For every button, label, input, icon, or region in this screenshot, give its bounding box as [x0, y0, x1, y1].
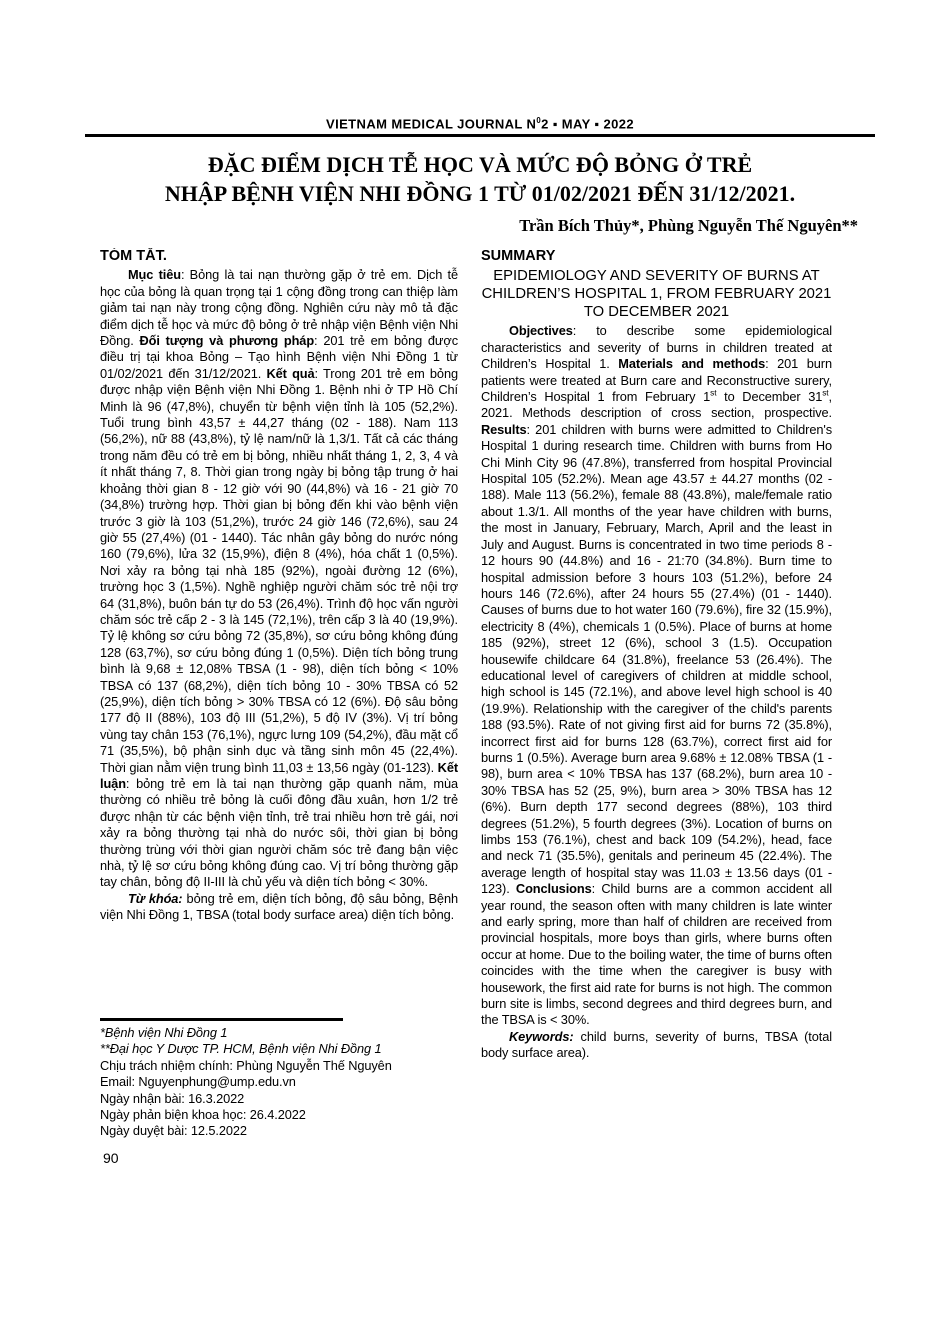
reviewed-date-line: Ngày phản biện khoa học: 26.4.2022 — [100, 1107, 458, 1123]
abstract-paragraph: Mục tiêu: Bỏng là tai nạn thường gặp ở t… — [100, 267, 458, 890]
footnote-divider — [100, 1018, 343, 1021]
page-number: 90 — [103, 1150, 119, 1166]
authors-line: Trần Bích Thủy*, Phùng Nguyễn Thế Nguyên… — [85, 216, 858, 236]
article-title-line-2: NHẬP BỆNH VIỆN NHI ĐỒNG 1 TỪ 01/02/2021 … — [85, 179, 875, 208]
received-date-line: Ngày nhận bài: 16.3.2022 — [100, 1091, 458, 1107]
approved-date-line: Ngày duyệt bài: 12.5.2022 — [100, 1123, 458, 1139]
two-column-body: TÓM TẮT. Mục tiêu: Bỏng là tai nạn thườn… — [100, 248, 832, 1062]
journal-page: VIETNAM MEDICAL JOURNAL N02 ▪ MAY ▪ 2022… — [0, 0, 942, 1333]
abstract-heading: TÓM TẮT. — [100, 248, 458, 264]
summary-english-title: EPIDEMIOLOGY AND SEVERITY OF BURNS AT CH… — [481, 267, 832, 321]
email-line: Email: Nguyenphung@ump.edu.vn — [100, 1074, 458, 1090]
journal-header-title: VIETNAM MEDICAL JOURNAL N02 ▪ MAY ▪ 2022 — [85, 116, 875, 137]
article-title-line-1: ĐẶC ĐIỂM DỊCH TỄ HỌC VÀ MỨC ĐỘ BỎNG Ở TR… — [85, 150, 875, 179]
keywords-paragraph-en: Keywords: child burns, severity of burns… — [481, 1029, 832, 1062]
summary-heading: SUMMARY — [481, 248, 832, 264]
abstract-column: TÓM TẮT. Mục tiêu: Bỏng là tai nạn thườn… — [100, 248, 458, 1014]
footnote-block: *Bệnh viện Nhi Đồng 1 **Đại học Y Dược T… — [100, 1018, 458, 1140]
keywords-paragraph-vi: Từ khóa: bỏng trẻ em, diện tích bỏng, độ… — [100, 891, 458, 924]
summary-paragraph: Objectives: to describe some epidemiolog… — [481, 323, 832, 1028]
summary-column: SUMMARY EPIDEMIOLOGY AND SEVERITY OF BUR… — [481, 248, 832, 1062]
article-title: ĐẶC ĐIỂM DỊCH TỄ HỌC VÀ MỨC ĐỘ BỎNG Ở TR… — [85, 150, 875, 208]
correspondence-line: Chịu trách nhiệm chính: Phùng Nguyễn Thế… — [100, 1058, 458, 1074]
affiliation-1: *Bệnh viện Nhi Đồng 1 — [100, 1025, 458, 1041]
affiliation-2: **Đại học Y Dược TP. HCM, Bệnh viện Nhi … — [100, 1041, 458, 1057]
